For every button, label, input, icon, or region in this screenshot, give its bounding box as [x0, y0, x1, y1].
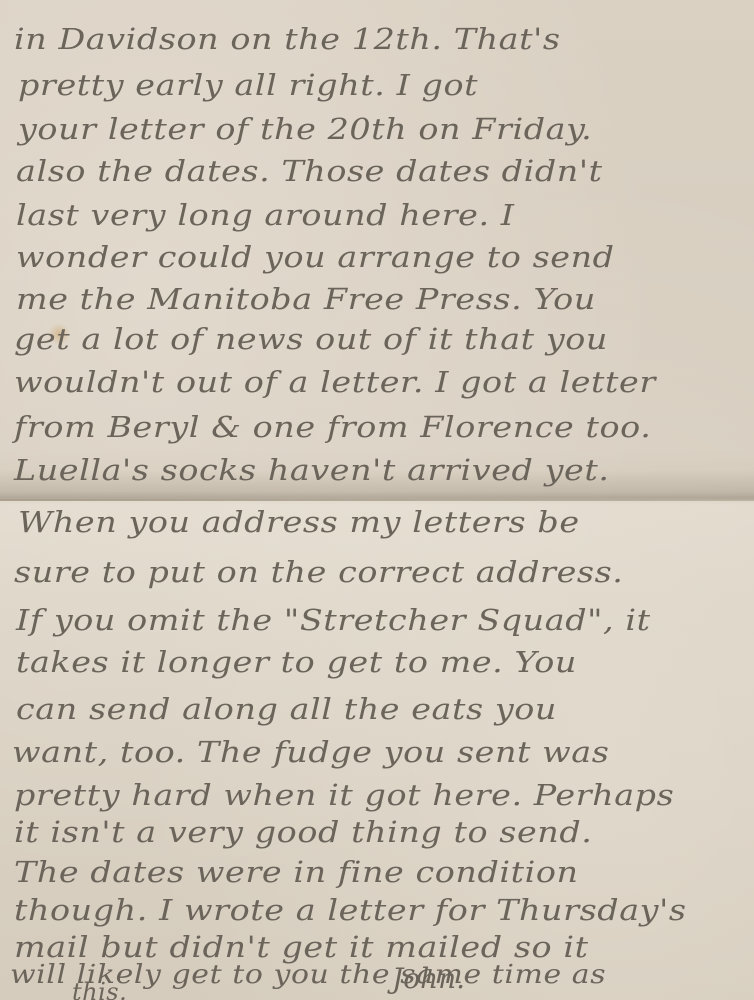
letter-line-12: When you address my letters be — [18, 505, 580, 539]
letter-line-5: last very long around here. I — [16, 198, 515, 232]
letter-line-18: pretty hard when it got here. Perhaps — [14, 778, 674, 812]
letter-line-7: me the Manitoba Free Press. You — [16, 282, 596, 316]
letter-line-21: though. I wrote a letter for Thursday's — [14, 893, 687, 927]
letter-line-1: in Davidson on the 12th. That's — [14, 22, 561, 56]
letter-line-3: your letter of the 20th on Friday. — [18, 112, 592, 146]
letter-line-16: can send along all the eats you — [16, 692, 557, 726]
letter-line-6: wonder could you arrange to send — [16, 240, 615, 274]
signature: John. — [392, 962, 465, 995]
letter-line-13: sure to put on the correct address. — [14, 555, 623, 589]
letter-line-9: wouldn't out of a letter. I got a letter — [14, 365, 656, 399]
letter-line-4: also the dates. Those dates didn't — [16, 154, 603, 188]
letter-line-24: this. — [72, 978, 127, 1000]
letter-line-17: want, too. The fudge you sent was — [12, 735, 609, 769]
letter-body: in Davidson on the 12th. That's pretty e… — [0, 0, 754, 1000]
letter-line-19: it isn't a very good thing to send. — [14, 815, 592, 849]
letter-line-11: Luella's socks haven't arrived yet. — [14, 453, 610, 487]
letter-line-14: If you omit the "Stretcher Squad", it — [16, 603, 651, 637]
letter-line-10: from Beryl & one from Florence too. — [14, 410, 651, 444]
letter-line-15: takes it longer to get to me. You — [16, 645, 577, 679]
letter-line-22: mail but didn't get it mailed so it — [14, 930, 589, 964]
letter-line-2: pretty early all right. I got — [18, 68, 478, 102]
letter-line-8: get a lot of news out of it that you — [14, 322, 608, 356]
letter-line-20: The dates were in fine condition — [14, 855, 579, 889]
